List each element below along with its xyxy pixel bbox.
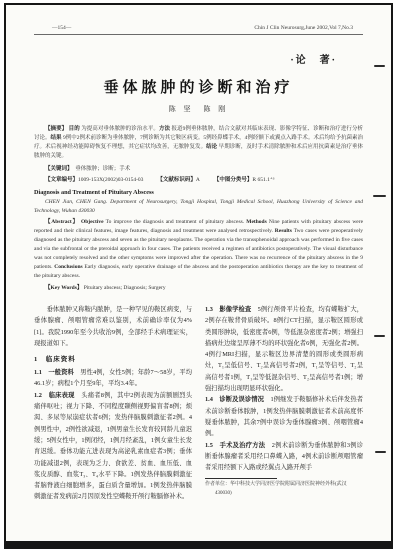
methods-en-label: Methods	[246, 219, 266, 225]
objective-en-text: To improve the diagnosis and treatment o…	[106, 219, 245, 225]
section-1-5: 1.5 手术及治疗方法 2例术前诊断为垂体脓肿和3例诊断垂体腺瘤者采用经口鼻蝶入…	[205, 440, 363, 474]
results-en-label: Results	[275, 228, 292, 234]
article-title-en: Diagnosis and Treatment of Pituitary Abs…	[34, 189, 363, 196]
keywords-en-text: Pituitary abscess; Diagnosis; Surgery	[84, 285, 166, 291]
objective-cn-label: 目的	[69, 126, 80, 132]
scan-mark	[374, 335, 385, 337]
scan-mark	[373, 195, 386, 197]
author-names: 陈 坚 陈 刚	[34, 104, 363, 114]
section-1-3: 1.3 影像学检查 5例行颅骨平片检查，均有蝶鞍扩大，2例存在鞍背骨质破坏。8例…	[205, 304, 363, 394]
page-content: —154— Chin J Clin Neurosurg,June 2002,Vo…	[6, 5, 391, 541]
section-1-4: 1.4 诊断及误诊情况 1例继发于鞍膈修补术后伴发热者术前诊断垂体脓肿，1例发热…	[205, 394, 363, 439]
footnote-line-1: 作者单位：华中科技大学同济医学院附属同济医院神经外科(武汉	[205, 481, 363, 490]
scan-mark	[375, 451, 386, 453]
section-1-heading: 1 临床资料	[34, 354, 192, 363]
results-cn-label: 结果	[51, 135, 62, 141]
methods-cn-label: 方法	[159, 126, 170, 132]
keywords-en-label: 【Key Words】	[45, 285, 82, 291]
journal-citation: Chin J Clin Neurosurg,June 2002,Vol 7,No…	[254, 25, 353, 31]
section-1-5-label: 1.5 手术及治疗方法	[205, 442, 265, 449]
right-column: 1.3 影像学检查 5例行颅骨平片检查，均有蝶鞍扩大，2例存在鞍背骨质破坏。8例…	[205, 304, 363, 503]
article-type-label: ·论 著·	[34, 51, 337, 66]
keywords-cn-text: 垂体脓肿；诊断；手术	[75, 166, 130, 172]
abstract-cn-label: 【摘要】	[45, 126, 67, 132]
conclusions-en-label: Conclusions	[54, 264, 82, 270]
page-header: —154— Chin J Clin Neurosurg,June 2002,Vo…	[34, 25, 363, 35]
conclusion-cn-label: 结论	[206, 144, 217, 150]
left-column: 垂体脓肿又称鞍内脓肿，是一种罕见的鞍区病变，与垂体腺瘤、颅咽管瘤常难以鉴别，术前…	[34, 304, 192, 503]
authors-affiliation-en: CHEN Jian, CHEN Gang. Department of Neur…	[34, 198, 363, 216]
abstract-en-label: 【Abstract】	[45, 219, 79, 225]
section-1-1-label: 1.1 一般资料	[34, 369, 74, 376]
author-affiliation-footnote: 作者单位：华中科技大学同济医学院附属同济医院神经外科(武汉 430030)	[205, 478, 363, 498]
body-columns: 垂体脓肿又称鞍内脓肿，是一种罕见的鞍区病变，与垂体腺瘤、颅咽管瘤常难以鉴别，术前…	[34, 304, 363, 503]
footnote-line-2: 430030)	[205, 490, 363, 499]
objective-en-label: Objective	[81, 219, 104, 225]
article-title: 垂体脓肿的诊断和治疗	[34, 76, 363, 97]
conclusions-en-text: Early diagnosis, early operative drainag…	[34, 264, 363, 279]
doc-code-label: 【文献标识码】	[157, 177, 196, 183]
article-no-label: 【文章编号】	[45, 177, 78, 183]
section-1-2: 1.2 临床表现 头痛者8例，其中2例表现为前额剧烈头痛伴呕吐；视力下降、不同程…	[34, 390, 192, 503]
intro-paragraph: 垂体脓肿又称鞍内脓肿，是一种罕见的鞍区病变，与垂体腺瘤、颅咽管瘤常难以鉴别，术前…	[34, 304, 192, 349]
keywords-cn-label: 【关键词】	[45, 166, 70, 172]
section-1-2-text: 头痛者8例，其中2例表现为前额剧烈头痛伴呕吐；视力下降、不同程度颞侧视野偏盲者8…	[34, 392, 192, 501]
doc-code: A	[196, 177, 200, 183]
page-number: —154—	[52, 25, 71, 31]
keywords-cn: 【关键词】 垂体脓肿；诊断；手术	[34, 164, 363, 172]
clc-number: R 651.1⁺³	[252, 177, 274, 183]
section-1-3-label: 1.3 影像学检查	[205, 306, 251, 313]
footnote-divider	[205, 478, 277, 479]
section-1-3-text: 5例行颅骨平片检查，均有蝶鞍扩大，2例存在鞍背骨质破坏。8例行CT扫描，显示鞍区…	[205, 306, 363, 392]
section-1-1: 1.1 一般资料 男性4例，女性5例；年龄7～58岁，平均46.1岁；病程1个月…	[34, 367, 192, 390]
section-1-4-label: 1.4 诊断及误诊情况	[205, 396, 264, 403]
article-meta: 【文章编号】1009-153X(2002)03-0154-03【文献标识码】A【…	[34, 175, 363, 183]
keywords-en: 【Key Words】 Pituitary abscess; Diagnosis…	[34, 283, 363, 291]
section-1-2-label: 1.2 临床表现	[34, 392, 75, 399]
clc-label: 【中图分类号】	[214, 177, 253, 183]
scan-mark	[374, 65, 385, 67]
abstract-cn: 【摘要】 目的 为提高对垂体脓肿的诊治水平。方法 报道9例垂体脓肿，结合文献对其…	[34, 125, 363, 161]
scanned-page: —154— Chin J Clin Neurosurg,June 2002,Vo…	[4, 3, 393, 549]
objective-cn-text: 为提高对垂体脓肿的诊治水平。	[81, 126, 159, 132]
article-no: 1009-153X(2002)03-0154-03	[78, 177, 143, 183]
abstract-en: 【Abstract】 Objective To improve the diag…	[34, 218, 363, 281]
